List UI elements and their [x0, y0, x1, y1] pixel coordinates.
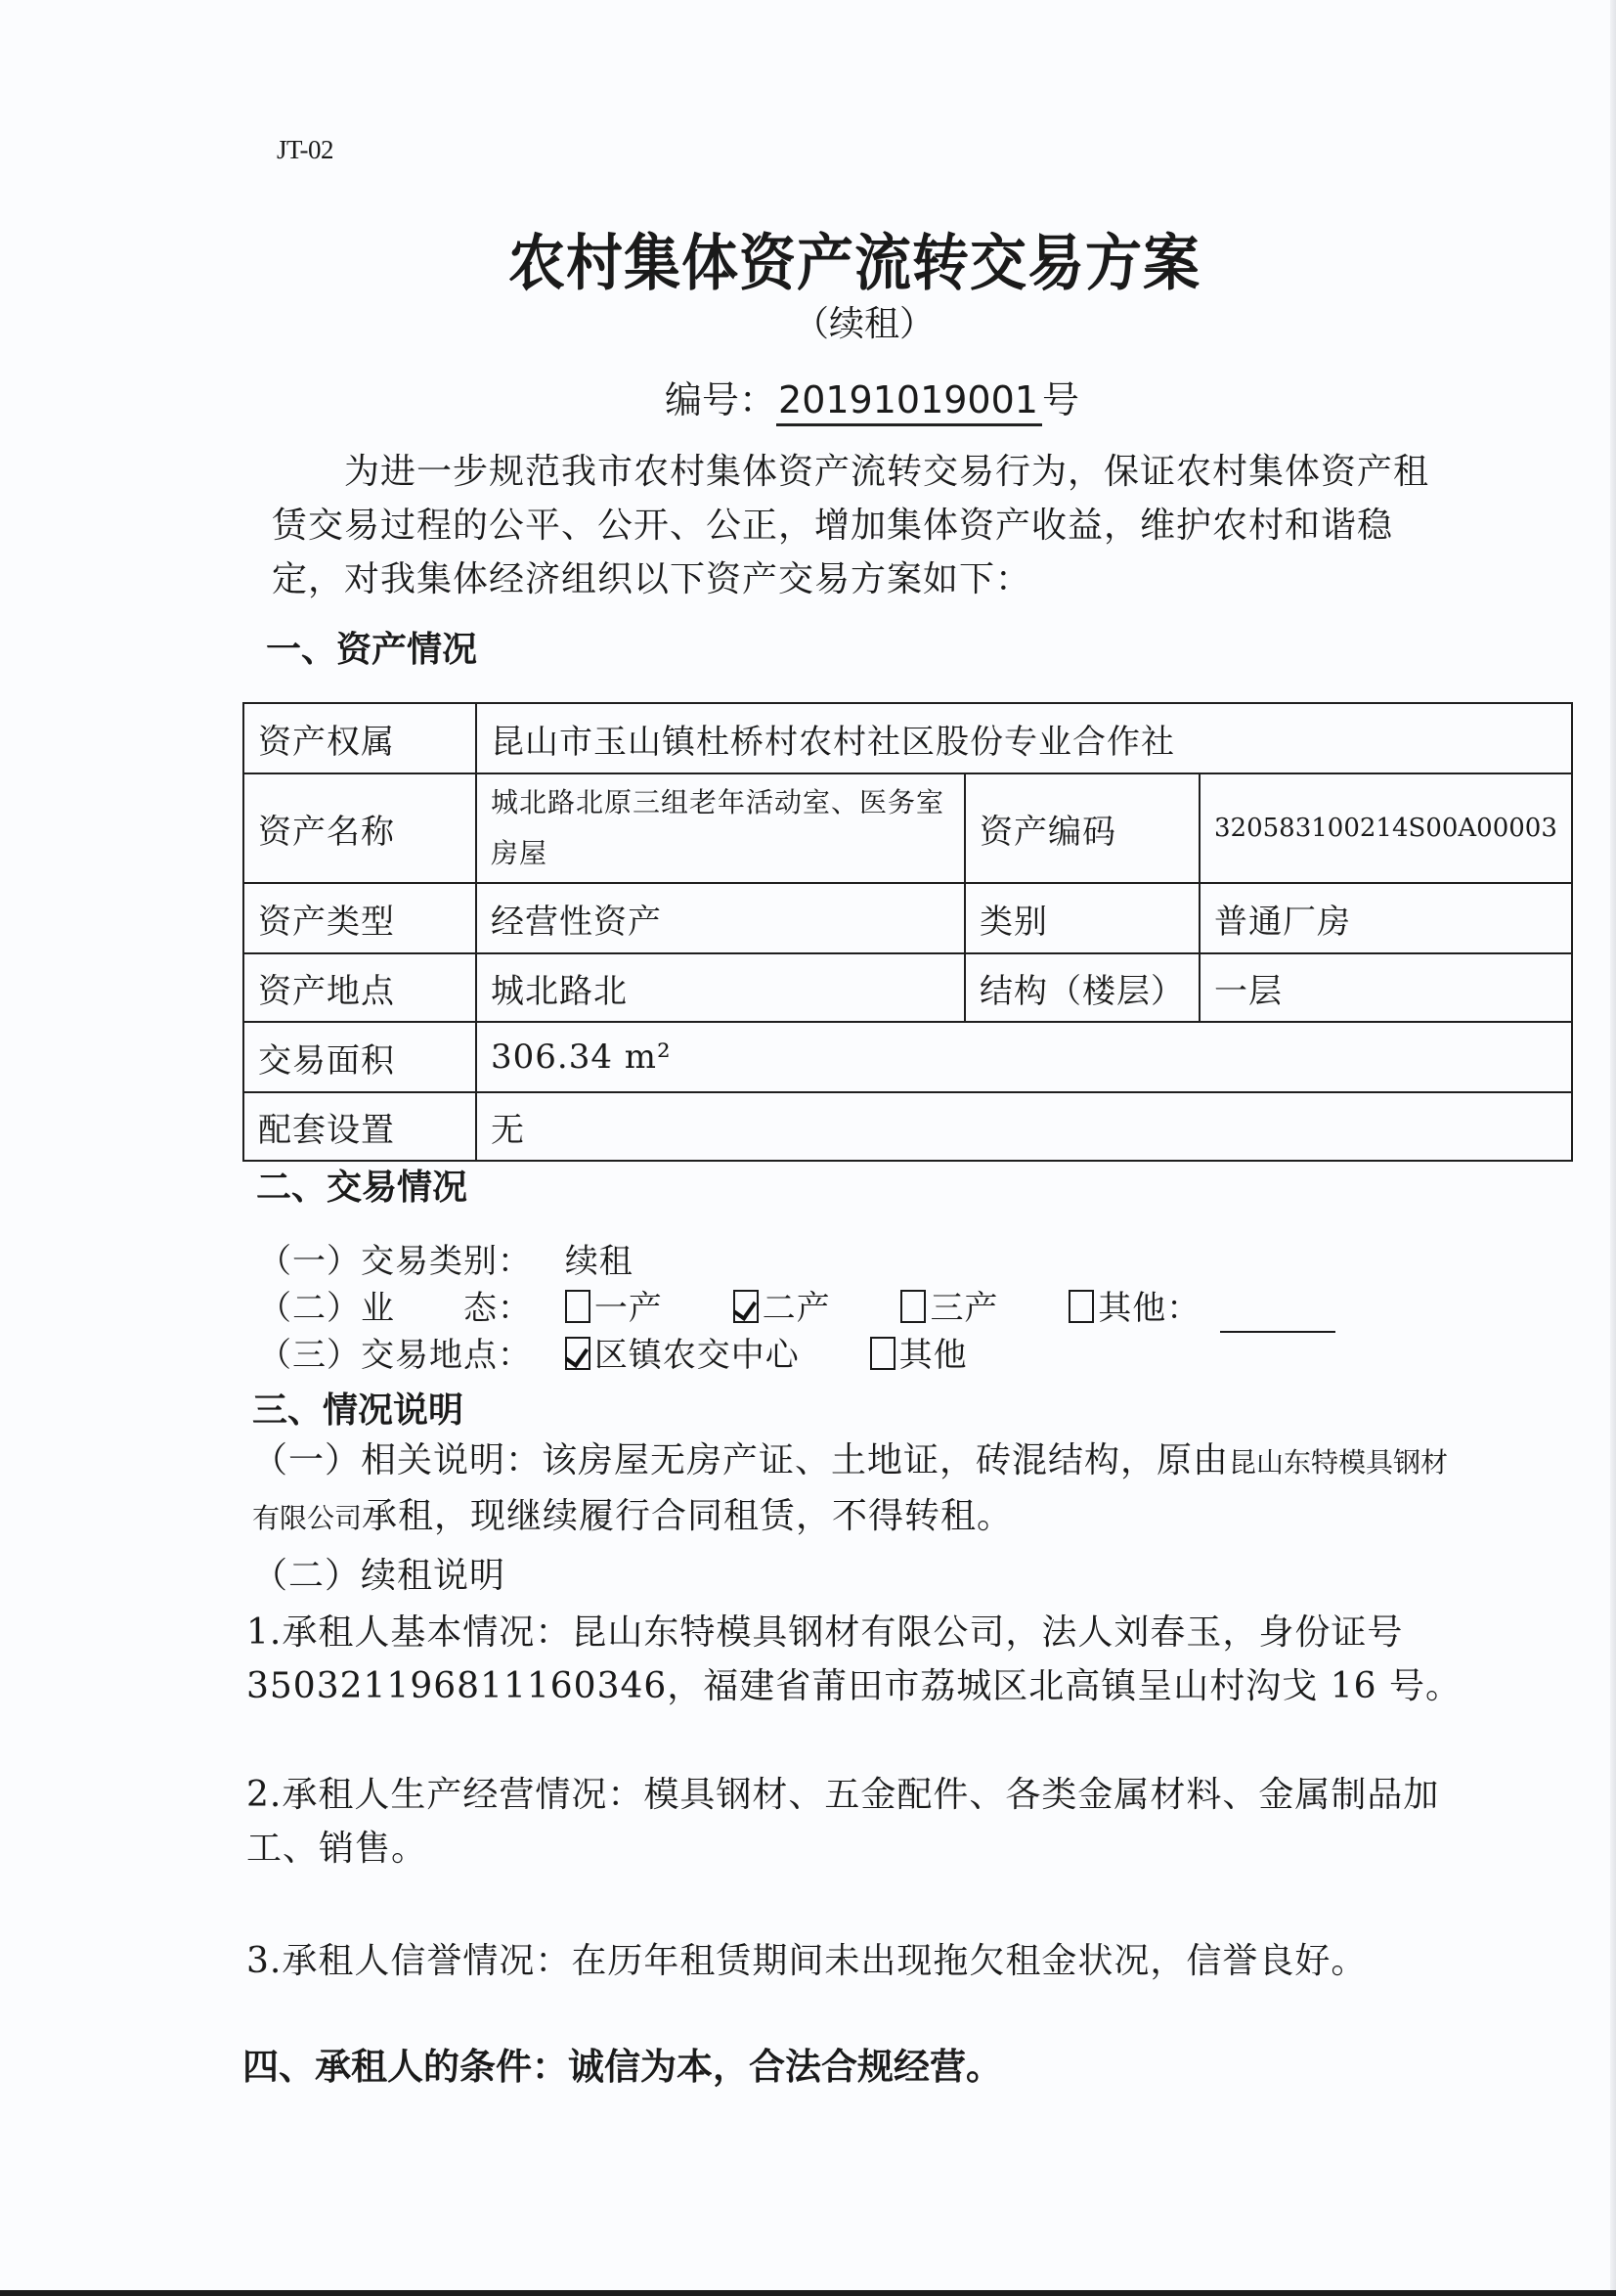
- checkbox-icon[interactable]: [900, 1290, 926, 1323]
- cell-label: 资产名称: [243, 773, 476, 883]
- option-primary-industry[interactable]: 一产: [565, 1281, 663, 1329]
- trade-type-value: 续租: [565, 1242, 633, 1281]
- section-heading-explanation: 三、情况说明: [252, 1383, 463, 1433]
- lessee-basic-info: 1.承租人基本情况：昆山东特模具钢材有限公司，法人刘春玉，身份证号 350321…: [246, 1606, 1464, 1713]
- document-code: JT-02: [277, 135, 333, 165]
- venue-label: （三）交易地点：: [258, 1336, 532, 1375]
- asset-table: 资产权属 昆山市玉山镇杜桥村农村社区股份专业合作社 资产名称 城北路北原三组老年…: [242, 702, 1573, 1162]
- serial-suffix: 号: [1042, 378, 1079, 421]
- document-subtitle: （续租）: [794, 296, 935, 346]
- related-explanation: （一）相关说明：该房屋无房产证、土地证，砖混结构，原由昆山东特模具钢材有限公司承…: [252, 1434, 1464, 1545]
- cell-label: 资产地点: [243, 953, 476, 1022]
- cell-label: 类别: [965, 883, 1200, 953]
- venue-row: （三）交易地点： 区镇农交中心 其他: [258, 1328, 1026, 1376]
- checkbox-icon[interactable]: [1069, 1290, 1094, 1323]
- cell-label: 资产权属: [243, 703, 476, 773]
- checked-checkbox-icon[interactable]: [565, 1337, 590, 1370]
- table-row: 资产类型 经营性资产 类别 普通厂房: [243, 883, 1572, 953]
- cell-asset-code: 320583100214S00A00003: [1200, 773, 1572, 883]
- lessee-business-info: 2.承租人生产经营情况：模具钢材、五金配件、各类金属材料、金属制品加工、销售。: [246, 1768, 1464, 1876]
- cell-category: 普通厂房: [1200, 883, 1572, 953]
- table-row: 资产名称 城北路北原三组老年活动室、医务室房屋 资产编码 32058310021…: [243, 773, 1572, 883]
- checkbox-icon[interactable]: [565, 1290, 590, 1323]
- serial-prefix: 编号：: [665, 378, 776, 421]
- section-heading-transaction: 二、交易情况: [256, 1160, 467, 1210]
- cell-asset-type: 经营性资产: [476, 883, 965, 953]
- trade-type-row: （一）交易类别： 续租: [258, 1234, 633, 1282]
- checkbox-icon[interactable]: [870, 1337, 895, 1370]
- table-row: 交易面积 306.34 m²: [243, 1022, 1572, 1092]
- document-title: 农村集体资产流转交易方案: [508, 213, 1201, 302]
- serial-value: 20191019001: [776, 378, 1042, 426]
- option-secondary-industry[interactable]: 二产: [733, 1281, 831, 1329]
- cell-label: 资产类型: [243, 883, 476, 953]
- cell-label: 配套设置: [243, 1092, 476, 1161]
- table-row: 配套设置 无: [243, 1092, 1572, 1161]
- table-row: 资产地点 城北路北 结构（楼层） 一层: [243, 953, 1572, 1022]
- page-edge: [1610, 0, 1616, 2296]
- table-row: 资产权属 昆山市玉山镇杜桥村农村社区股份专业合作社: [243, 703, 1572, 773]
- option-tertiary-industry[interactable]: 三产: [900, 1281, 998, 1329]
- section-heading-conditions: 四、承租人的条件：诚信为本，合法合规经营。: [242, 2037, 1002, 2090]
- cell-label: 交易面积: [243, 1022, 476, 1092]
- serial-number: 编号：20191019001号: [665, 370, 1079, 423]
- option-other-venue[interactable]: 其他: [870, 1328, 968, 1376]
- cell-structure: 一层: [1200, 953, 1572, 1022]
- cell-label: 结构（楼层）: [965, 953, 1200, 1022]
- intro-paragraph: 为进一步规范我市农村集体资产流转交易行为，保证农村集体资产租赁交易过程的公平、公…: [272, 445, 1464, 606]
- option-other-industry[interactable]: 其他：: [1069, 1281, 1335, 1333]
- section-heading-assets: 一、资产情况: [266, 622, 477, 672]
- cell-label: 资产编码: [965, 773, 1200, 883]
- checked-checkbox-icon[interactable]: [733, 1290, 759, 1323]
- industry-row: （二）业 态： 一产 二产 三产 其他：: [258, 1281, 1335, 1333]
- option-district-center[interactable]: 区镇农交中心: [565, 1328, 800, 1376]
- cell-facilities: 无: [476, 1092, 1572, 1161]
- cell-location: 城北路北: [476, 953, 965, 1022]
- scan-border: [0, 2290, 1616, 2296]
- industry-label: （二）业 态：: [258, 1289, 532, 1328]
- renewal-heading: （二）续租说明: [252, 1549, 505, 1603]
- lessee-credit-info: 3.承租人信誉情况：在历年租赁期间未出现拖欠租金状况，信誉良好。: [246, 1934, 1367, 1988]
- fill-in-blank[interactable]: [1220, 1331, 1335, 1333]
- cell-ownership: 昆山市玉山镇杜桥村农村社区股份专业合作社: [476, 703, 1572, 773]
- trade-type-label: （一）交易类别：: [258, 1242, 532, 1281]
- cell-asset-name: 城北路北原三组老年活动室、医务室房屋: [476, 773, 965, 883]
- cell-area: 306.34 m²: [476, 1022, 1572, 1092]
